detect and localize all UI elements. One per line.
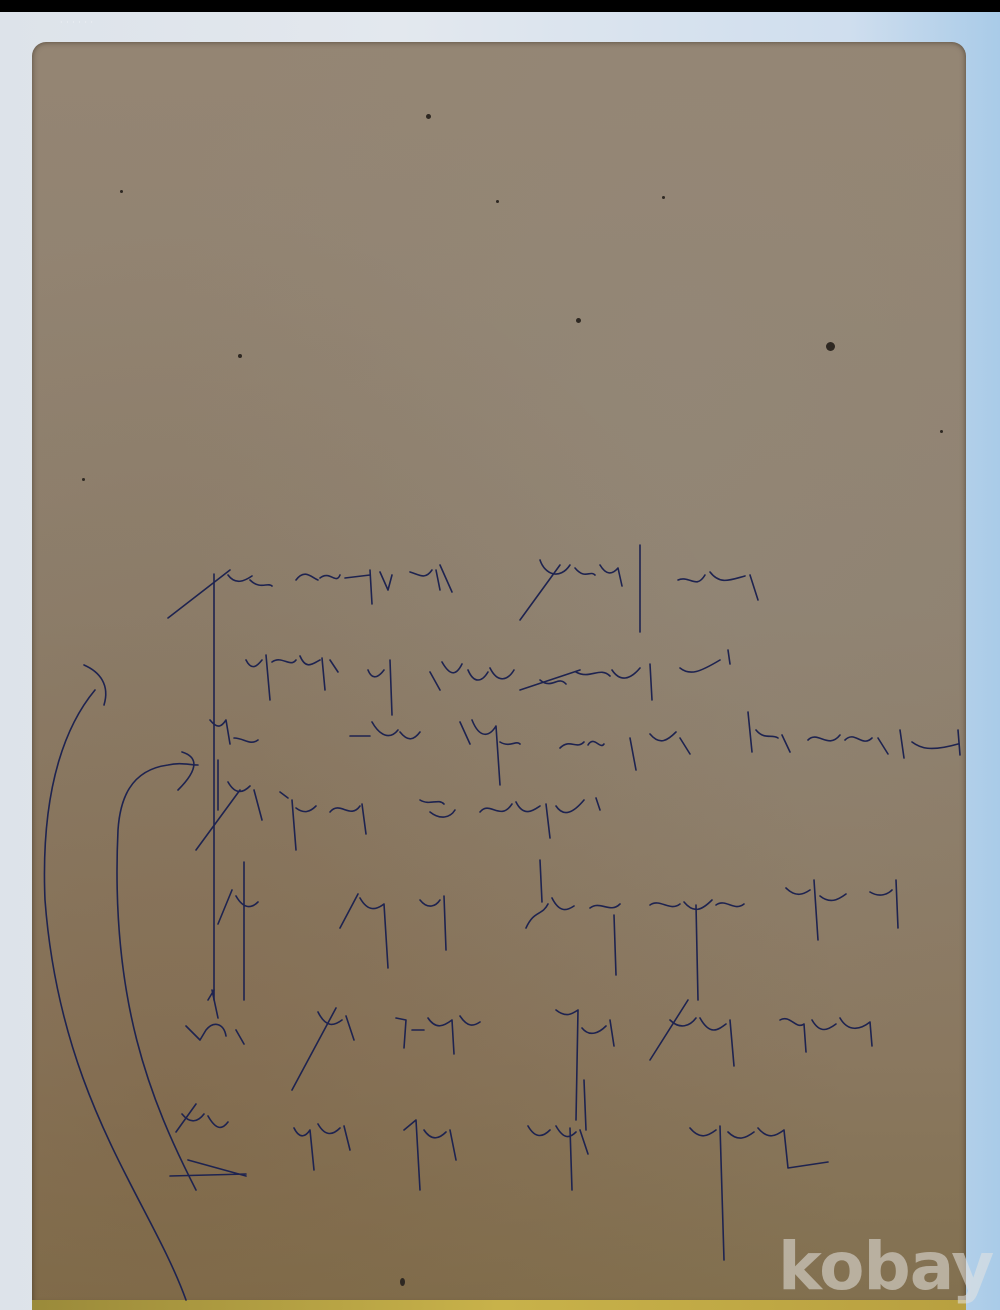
watermark-logo: kobay (778, 1228, 993, 1305)
